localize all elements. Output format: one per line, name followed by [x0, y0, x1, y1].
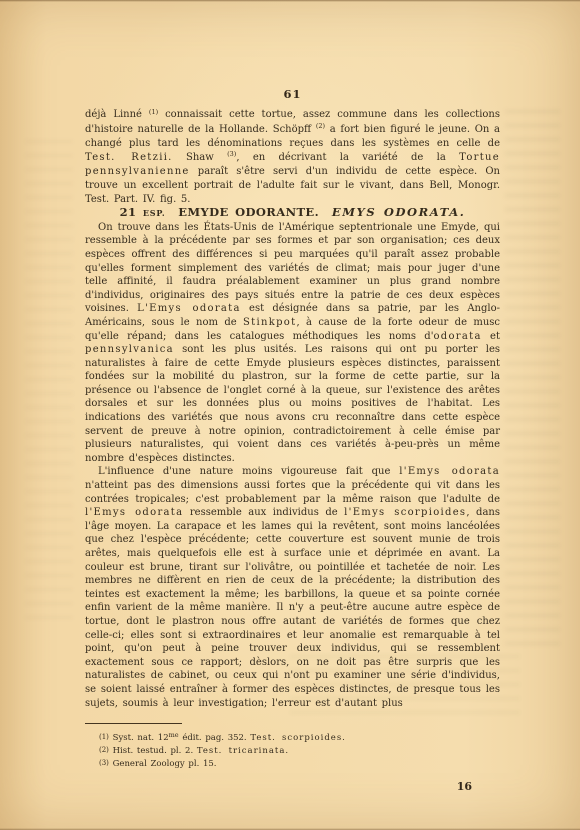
signature-mark: 16	[85, 780, 500, 794]
footnote-marker: (2)	[99, 746, 109, 754]
text-run: Hist. testud. pl. 2.	[109, 746, 197, 756]
species-number: 21	[120, 205, 137, 219]
letterspaced-term: pennsylvanica	[85, 344, 174, 355]
text-run: n'atteint pas des dimensions aussi forte…	[85, 480, 500, 505]
footnote: (1) Syst. nat. 12me édit. pag. 352. Test…	[85, 732, 500, 745]
text-run: Syst. nat. 12	[109, 733, 169, 743]
footnote-marker: (1)	[99, 733, 109, 741]
scanned-book-page: { "colors": { "paper": "#f4dbaa", "ink":…	[0, 0, 580, 830]
species-heading: 21 ESP. EMYDE ODORANTE. EMYS ODORATA.	[85, 206, 500, 221]
text-run: ressemble aux individus de	[183, 507, 344, 518]
text-run: General Zoology pl. 15.	[109, 759, 217, 769]
superscript-reference: (2)	[316, 122, 325, 130]
letterspaced-term: Test. Retzii.	[85, 152, 173, 163]
species-title-french: EMYDE ODORANTE.	[178, 205, 319, 219]
text-run: et	[482, 331, 500, 342]
text-run: , dans l'âge moyen. La carapace et les l…	[85, 507, 500, 708]
species-esp-label: ESP.	[143, 208, 166, 218]
superscript-reference: (3)	[227, 150, 236, 158]
text-block: déjà Linné (1) connaissait cette tortue,…	[85, 108, 500, 794]
superscript-reference: (1)	[149, 108, 158, 116]
letterspaced-term: odorata	[433, 331, 481, 342]
text-run: Shaw	[173, 152, 227, 163]
text-run: On trouve dans les États-Unis de l'Améri…	[85, 222, 500, 315]
body-paragraph: L'influence d'une nature moins vigoureus…	[85, 465, 500, 710]
letterspaced-term: Stinkpot	[243, 317, 296, 328]
text-run: , en décrivant la variété de la	[236, 152, 459, 163]
intro-paragraph: déjà Linné (1) connaissait cette tortue,…	[85, 108, 500, 206]
body-paragraph: On trouve dans les États-Unis de l'Améri…	[85, 221, 500, 466]
letterspaced-term: Test. scorpioides.	[250, 733, 346, 743]
page-number: 61	[85, 87, 500, 101]
text-run: L'influence d'une nature moins vigoureus…	[98, 466, 399, 477]
text-run: déjà Linné	[85, 109, 149, 120]
letterspaced-term: Test. tricarinata.	[197, 746, 289, 756]
letterspaced-term: l'Emys odorata	[85, 507, 183, 518]
footnotes-section: (1) Syst. nat. 12me édit. pag. 352. Test…	[85, 723, 500, 771]
letterspaced-term: l'Emys scorpioides	[344, 507, 466, 518]
letterspaced-term: l'Emys odorata	[399, 466, 500, 477]
species-title-latin: EMYS ODORATA.	[332, 205, 466, 219]
footnote: (2) Hist. testud. pl. 2. Test. tricarina…	[85, 745, 500, 758]
superscript-reference: me	[169, 731, 179, 739]
letterspaced-term: L'Emys odorata	[137, 303, 241, 314]
footnote-marker: (3)	[99, 759, 109, 767]
text-run: édit. pag. 352.	[179, 733, 251, 743]
footnote: (3) General Zoology pl. 15.	[85, 758, 500, 771]
text-run: sont les plus usités. Les raisons qui on…	[85, 344, 500, 464]
footnote-separator-rule	[85, 723, 182, 724]
